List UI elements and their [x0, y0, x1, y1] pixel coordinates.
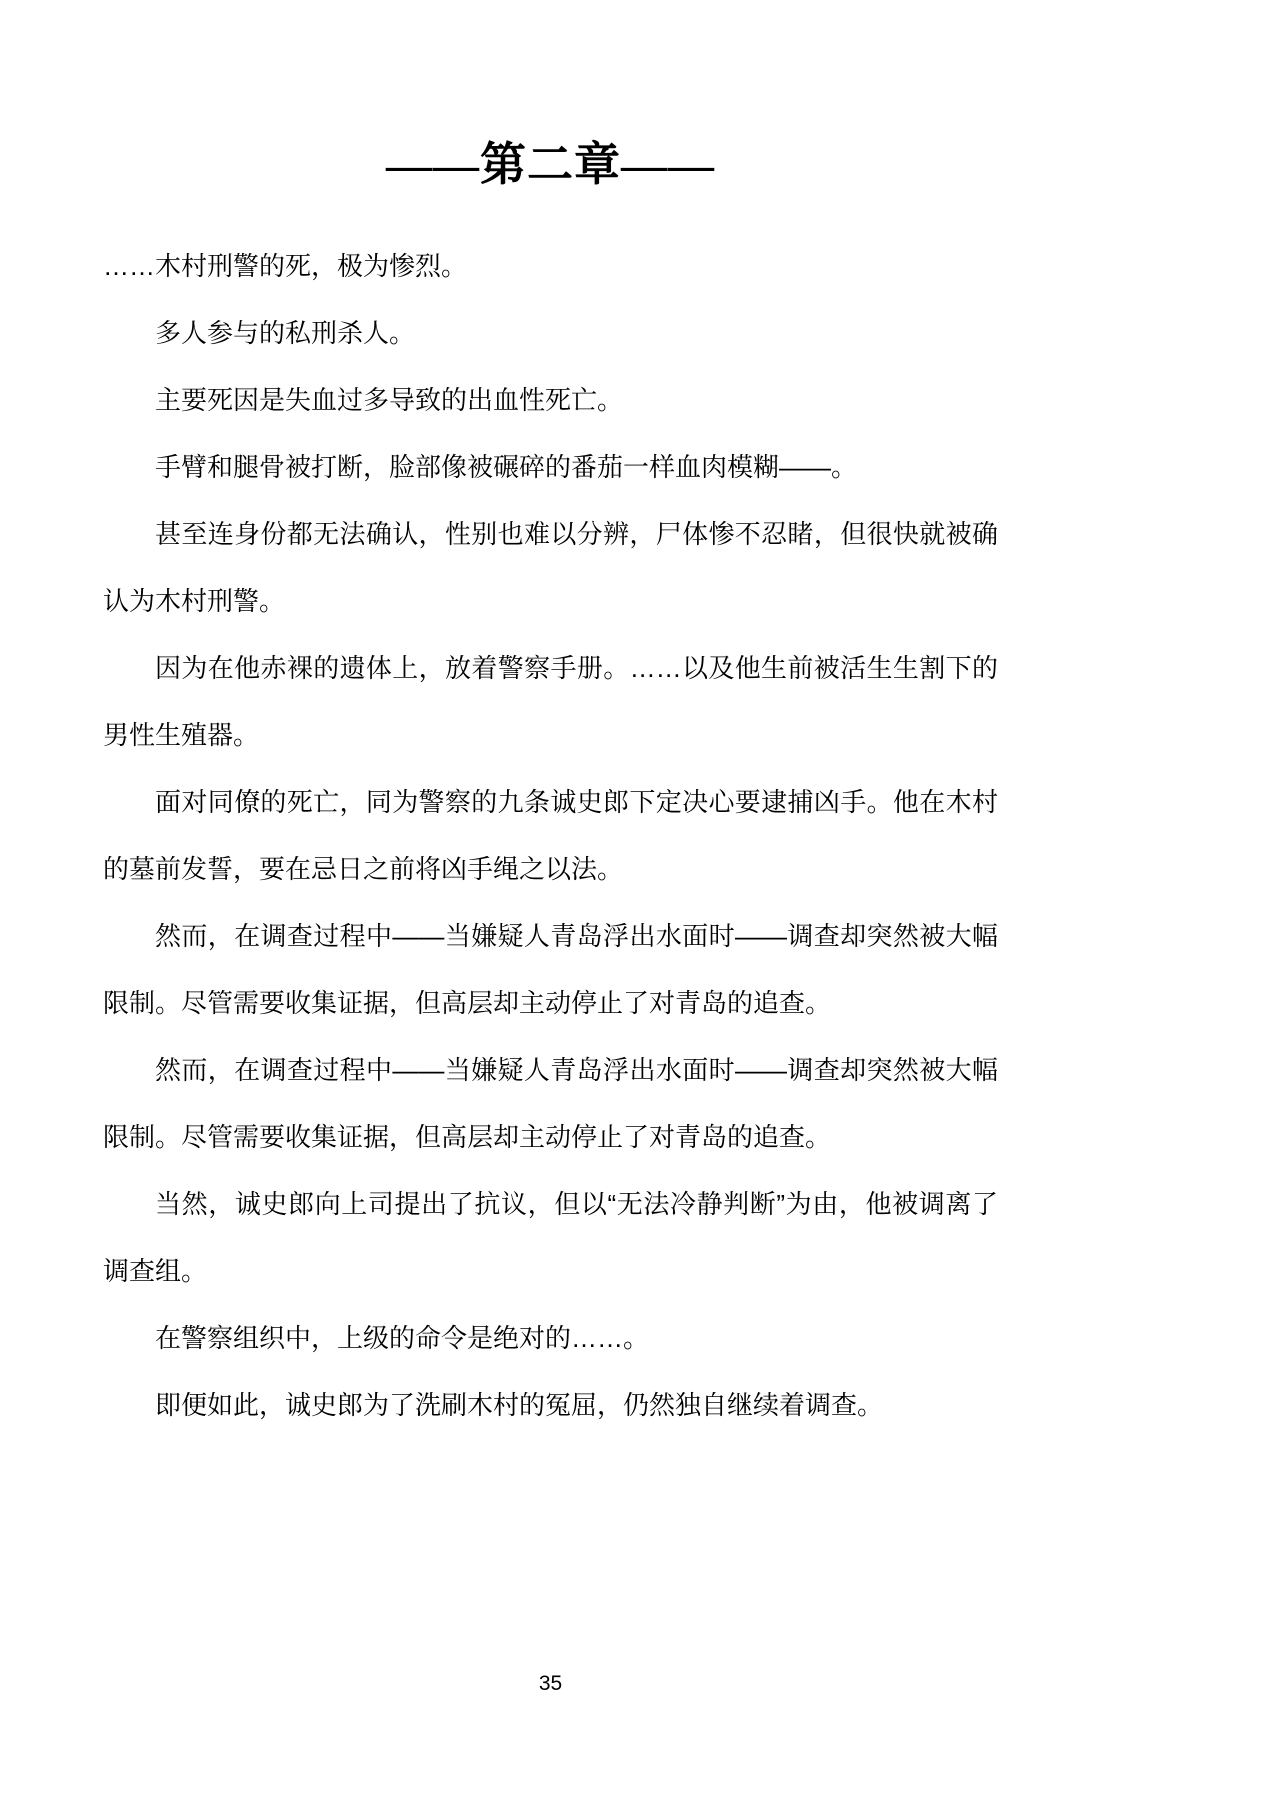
paragraph: 面对同僚的死亡，同为警察的九条诚史郎下定决心要逮捕凶手。他在木村的墓前发誓，要在…: [103, 769, 998, 903]
paragraph: 因为在他赤裸的遗体上，放着警察手册。……以及他生前被活生生割下的男性生殖器。: [103, 635, 998, 769]
paragraph: 即便如此，诚史郎为了洗刷木村的冤屈，仍然独自继续着调查。: [103, 1372, 998, 1439]
paragraph: ……木村刑警的死，极为惨烈。: [103, 233, 998, 300]
paragraph: 在警察组织中，上级的命令是绝对的……。: [103, 1305, 998, 1372]
paragraph: 主要死因是失血过多导致的出血性死亡。: [103, 367, 998, 434]
page-number: 35: [539, 1672, 562, 1695]
page-footer: 35: [103, 1672, 998, 1696]
body-paragraphs: ……木村刑警的死，极为惨烈。多人参与的私刑杀人。主要死因是失血过多导致的出血性死…: [103, 233, 998, 1439]
paragraph: 甚至连身份都无法确认，性别也难以分辨，尸体惨不忍睹，但很快就被确认为木村刑警。: [103, 501, 998, 635]
paragraph: 然而，在调查过程中——当嫌疑人青岛浮出水面时——调查却突然被大幅限制。尽管需要收…: [103, 1037, 998, 1171]
paragraph: 多人参与的私刑杀人。: [103, 300, 998, 367]
page-content: ——第二章—— ……木村刑警的死，极为惨烈。多人参与的私刑杀人。主要死因是失血过…: [103, 0, 998, 1439]
paragraph: 然而，在调查过程中——当嫌疑人青岛浮出水面时——调查却突然被大幅限制。尽管需要收…: [103, 903, 998, 1037]
document-page: ——第二章—— ……木村刑警的死，极为惨烈。多人参与的私刑杀人。主要死因是失血过…: [0, 0, 1280, 1810]
paragraph: 手臂和腿骨被打断，脸部像被碾碎的番茄一样血肉模糊——。: [103, 434, 998, 501]
paragraph: 当然，诚史郎向上司提出了抗议，但以“无法冷静判断”为由，他被调离了调查组。: [103, 1171, 998, 1305]
chapter-title: ——第二章——: [103, 137, 998, 193]
